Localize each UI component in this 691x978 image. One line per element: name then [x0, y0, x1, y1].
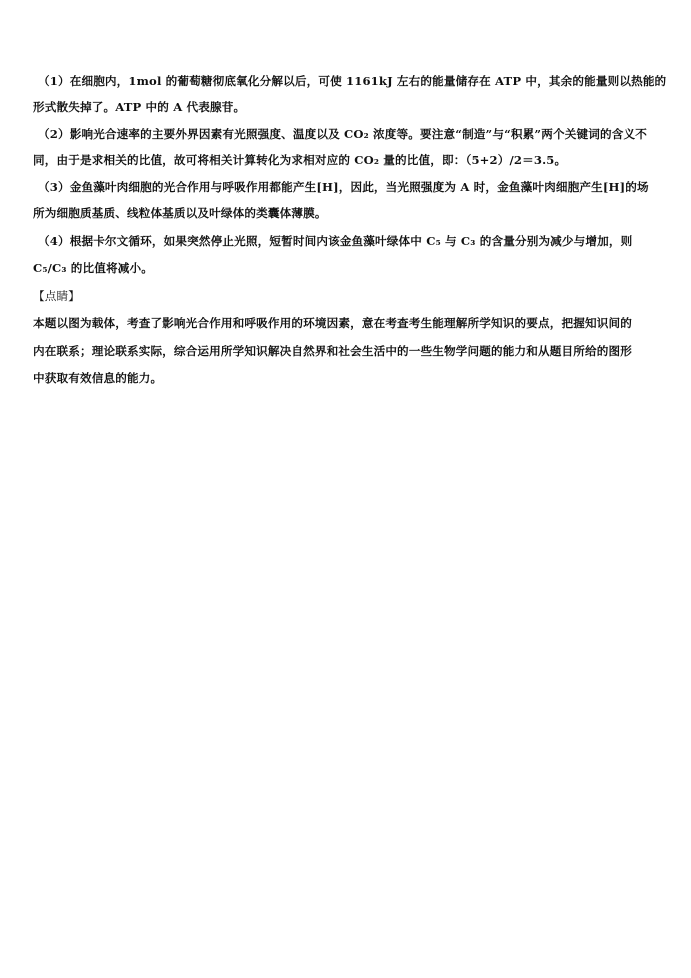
summary-line-2: 内在联系；理论联系实际，综合运用所学知识解决自然界和社会生活中的一些生物学问题的…: [33, 343, 632, 359]
summary-line-1: 本题以图为载体，考查了影响光合作用和呼吸作用的环境因素，意在考查考生能理解所学知…: [33, 315, 632, 331]
answer-4-line-1: （4）根据卡尔文循环，如果突然停止光照，短暂时间内该金鱼藻叶绿体中 C₅ 与 C…: [38, 233, 632, 249]
answer-2-line-1: （2）影响光合速率的主要外界因素有光照强度、温度以及 CO₂ 浓度等。要注意“制…: [38, 126, 647, 142]
document-page: （1）在细胞内，1mol 的葡萄糖彻底氧化分解以后，可使 1161kJ 左右的能…: [0, 0, 691, 978]
answer-2-line-2: 同，由于是求相关的比值，故可将相关计算转化为求相对应的 CO₂ 量的比值，即：（…: [33, 152, 566, 168]
answer-1-line-1: （1）在细胞内，1mol 的葡萄糖彻底氧化分解以后，可使 1161kJ 左右的能…: [38, 73, 666, 89]
section-heading-dianjing: 【点睛】: [33, 288, 80, 304]
summary-line-3: 中获取有效信息的能力。: [33, 370, 162, 386]
answer-1-line-2: 形式散失掉了。ATP 中的 A 代表腺苷。: [33, 99, 245, 115]
answer-4-line-2: C₅/C₃ 的比值将减小。: [33, 260, 153, 276]
answer-3-line-1: （3）金鱼藻叶肉细胞的光合作用与呼吸作用都能产生[H]，因此，当光照强度为 A …: [38, 179, 649, 195]
answer-3-line-2: 所为细胞质基质、线粒体基质以及叶绿体的类囊体薄膜。: [33, 205, 327, 221]
